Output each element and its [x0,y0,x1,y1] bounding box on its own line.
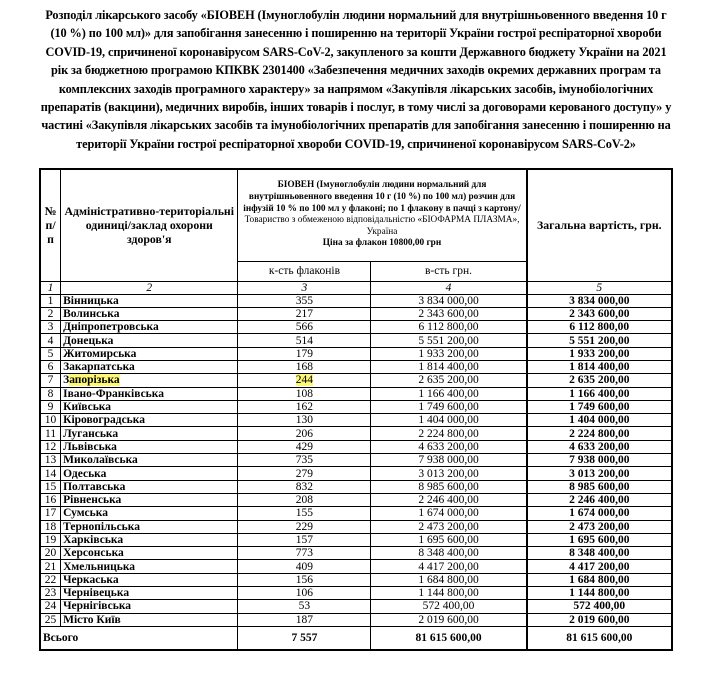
row-cost: 1 404 000,00 [371,414,527,427]
column-number: 2 [61,281,238,294]
row-region-name: Рівненська [61,493,238,506]
row-total: 5 551 200,00 [527,334,672,347]
table-row: 17Сумська1551 674 000,001 674 000,00 [40,507,672,520]
row-number: 13 [40,454,61,467]
row-quantity: 429 [238,440,371,453]
table-row: 14Одеська2793 013 200,003 013 200,00 [40,467,672,480]
table-row: 2Волинська2172 343 600,002 343 600,00 [40,307,672,320]
row-total: 7 938 000,00 [527,454,672,467]
row-cost: 1 749 600,00 [371,400,527,413]
row-number: 9 [40,400,61,413]
table-row: 13Миколаївська7357 938 000,007 938 000,0… [40,454,672,467]
row-cost: 1 695 600,00 [371,533,527,546]
row-region-name: Чернігівська [61,600,238,613]
row-total: 2 019 600,00 [527,613,672,626]
row-total: 1 933 200,00 [527,347,672,360]
row-quantity: 217 [238,307,371,320]
row-cost: 2 246 400,00 [371,493,527,506]
row-total: 4 417 200,00 [527,560,672,573]
table-row: 3Дніпропетровська5666 112 800,006 112 80… [40,321,672,334]
row-total: 8 985 600,00 [527,480,672,493]
row-total: 1 684 800,00 [527,573,672,586]
row-quantity: 208 [238,493,371,506]
table-row: 24Чернігівська53572 400,00572 400,00 [40,600,672,613]
row-cost: 3 013 200,00 [371,467,527,480]
row-quantity: 355 [238,294,371,307]
row-number: 20 [40,547,61,560]
table-row: 12Львівська4294 633 200,004 633 200,00 [40,440,672,453]
table-row: 10Кіровоградська1301 404 000,001 404 000… [40,414,672,427]
row-number: 19 [40,533,61,546]
product-name: БІОВЕН (Імуноглобулін людини нормальний … [243,180,521,213]
row-cost: 2 343 600,00 [371,307,527,320]
row-region-name: Чернівецька [61,587,238,600]
row-cost: 1 814 400,00 [371,360,527,373]
table-row: 9Київська1621 749 600,001 749 600,00 [40,400,672,413]
row-cost: 2 635 200,00 [371,374,527,387]
row-quantity: 773 [238,547,371,560]
total-sum: 81 615 600,00 [527,626,672,650]
row-cost: 7 938 000,00 [371,454,527,467]
row-total: 1 749 600,00 [527,400,672,413]
row-quantity: 53 [238,600,371,613]
distribution-table: № п/п Адміністративно-територіальні один… [39,168,673,651]
row-total: 572 400,00 [527,600,672,613]
row-number: 1 [40,294,61,307]
column-number: 5 [527,281,672,294]
table-row: 7Запорізька2442 635 200,002 635 200,00 [40,374,672,387]
row-total: 1 695 600,00 [527,533,672,546]
row-cost: 1 933 200,00 [371,347,527,360]
row-total: 4 633 200,00 [527,440,672,453]
row-cost: 6 112 800,00 [371,321,527,334]
row-region-name: Київська [61,400,238,413]
row-total: 2 343 600,00 [527,307,672,320]
row-total: 2 635 200,00 [527,374,672,387]
row-total: 1 814 400,00 [527,360,672,373]
table-row: 21Хмельницька4094 417 200,004 417 200,00 [40,560,672,573]
total-cost: 81 615 600,00 [371,626,527,650]
row-total: 2 246 400,00 [527,493,672,506]
highlighted-text: 244 [296,374,313,386]
row-cost: 4 417 200,00 [371,560,527,573]
row-quantity: 229 [238,520,371,533]
row-cost: 2 224 800,00 [371,427,527,440]
header-num: № п/п [40,169,61,281]
header-cost: в-сть грн. [371,261,527,281]
row-region-name: Миколаївська [61,454,238,467]
row-total: 1 404 000,00 [527,414,672,427]
row-number: 5 [40,347,61,360]
row-cost: 1 144 800,00 [371,587,527,600]
row-cost: 5 551 200,00 [371,334,527,347]
row-number: 17 [40,507,61,520]
table-row: 16Рівненська2082 246 400,002 246 400,00 [40,493,672,506]
row-number: 2 [40,307,61,320]
table-row: 20Херсонська7738 348 400,008 348 400,00 [40,547,672,560]
row-number: 7 [40,374,61,387]
row-total: 6 112 800,00 [527,321,672,334]
row-number: 6 [40,360,61,373]
row-cost: 572 400,00 [371,600,527,613]
row-total: 2 224 800,00 [527,427,672,440]
header-unit: Адміністративно-територіальні одиниці/за… [61,169,238,281]
row-quantity: 108 [238,387,371,400]
row-quantity: 156 [238,573,371,586]
table-row: 23Чернівецька1061 144 800,001 144 800,00 [40,587,672,600]
row-number: 18 [40,520,61,533]
row-number: 12 [40,440,61,453]
row-cost: 2 019 600,00 [371,613,527,626]
row-region-name: Львівська [61,440,238,453]
row-number: 25 [40,613,61,626]
row-number: 4 [40,334,61,347]
row-quantity: 206 [238,427,371,440]
highlighted-text: апорізька [69,374,119,386]
row-quantity: 187 [238,613,371,626]
row-number: 24 [40,600,61,613]
header-product: БІОВЕН (Імуноглобулін людини нормальний … [238,169,527,261]
table-row: 8Івано-Франківська1081 166 400,001 166 4… [40,387,672,400]
row-region-name: Луганська [61,427,238,440]
table-row: 4Донецька5145 551 200,005 551 200,00 [40,334,672,347]
row-quantity: 566 [238,321,371,334]
row-number: 21 [40,560,61,573]
table-row: 1Вінницька3553 834 000,003 834 000,00 [40,294,672,307]
row-quantity: 179 [238,347,371,360]
row-region-name: Черкаська [61,573,238,586]
table-row: 18Тернопільська2292 473 200,002 473 200,… [40,520,672,533]
row-number: 11 [40,427,61,440]
row-region-name: Волинська [61,307,238,320]
row-region-name: Дніпропетровська [61,321,238,334]
row-quantity: 279 [238,467,371,480]
row-region-name: Вінницька [61,294,238,307]
row-number: 8 [40,387,61,400]
total-quantity: 7 557 [238,626,371,650]
row-quantity: 106 [238,587,371,600]
column-number: 3 [238,281,371,294]
row-region-name: Кіровоградська [61,414,238,427]
row-cost: 8 348 400,00 [371,547,527,560]
row-region-name: Сумська [61,507,238,520]
row-quantity: 157 [238,533,371,546]
row-region-name: Івано-Франківська [61,387,238,400]
row-number: 22 [40,573,61,586]
row-number: 14 [40,467,61,480]
product-manufacturer: Товариство з обмеженою відповідальністю … [245,215,520,237]
table-row: 22Черкаська1561 684 800,001 684 800,00 [40,573,672,586]
row-region-name: Хмельницька [61,560,238,573]
row-region-name: Житомирська [61,347,238,360]
row-total: 3 013 200,00 [527,467,672,480]
total-row: Всього7 55781 615 600,0081 615 600,00 [40,626,672,650]
row-number: 16 [40,493,61,506]
row-region-name: Полтавська [61,480,238,493]
row-quantity: 155 [238,507,371,520]
product-price: Ціна за флакон 10800,00 грн [323,238,441,248]
total-label: Всього [40,626,238,650]
row-quantity: 735 [238,454,371,467]
row-quantity: 162 [238,400,371,413]
row-quantity: 130 [238,414,371,427]
table-row: 19Харківська1571 695 600,001 695 600,00 [40,533,672,546]
table-row: 5Житомирська1791 933 200,001 933 200,00 [40,347,672,360]
header-total: Загальна вартість, грн. [527,169,672,281]
row-region-name: Тернопільська [61,520,238,533]
table-row: 6Закарпатська1681 814 400,001 814 400,00 [40,360,672,373]
row-number: 3 [40,321,61,334]
row-quantity: 832 [238,480,371,493]
row-region-name: Херсонська [61,547,238,560]
row-cost: 3 834 000,00 [371,294,527,307]
row-quantity: 514 [238,334,371,347]
column-number: 1 [40,281,61,294]
row-cost: 2 473 200,00 [371,520,527,533]
row-total: 3 834 000,00 [527,294,672,307]
table-row: 15Полтавська8328 985 600,008 985 600,00 [40,480,672,493]
row-cost: 4 633 200,00 [371,440,527,453]
row-region-name: Одеська [61,467,238,480]
row-total: 1 674 000,00 [527,507,672,520]
row-cost: 1 684 800,00 [371,573,527,586]
row-region-name: Донецька [61,334,238,347]
row-region-name: Запорізька [61,374,238,387]
document-title: Розподіл лікарського засобу «БІОВЕН (Іму… [40,6,672,153]
row-total: 2 473 200,00 [527,520,672,533]
row-region-name: Місто Київ [61,613,238,626]
row-number: 10 [40,414,61,427]
table-row: 25Місто Київ1872 019 600,002 019 600,00 [40,613,672,626]
column-number: 4 [371,281,527,294]
table-row: 11Луганська2062 224 800,002 224 800,00 [40,427,672,440]
row-total: 8 348 400,00 [527,547,672,560]
row-cost: 1 166 400,00 [371,387,527,400]
row-region-name: Закарпатська [61,360,238,373]
row-quantity: 168 [238,360,371,373]
row-cost: 8 985 600,00 [371,480,527,493]
row-number: 23 [40,587,61,600]
row-total: 1 144 800,00 [527,587,672,600]
row-region-name: Харківська [61,533,238,546]
row-cost: 1 674 000,00 [371,507,527,520]
row-quantity: 409 [238,560,371,573]
header-qty: к-сть флаконів [238,261,371,281]
row-quantity: 244 [238,374,371,387]
row-number: 15 [40,480,61,493]
row-total: 1 166 400,00 [527,387,672,400]
